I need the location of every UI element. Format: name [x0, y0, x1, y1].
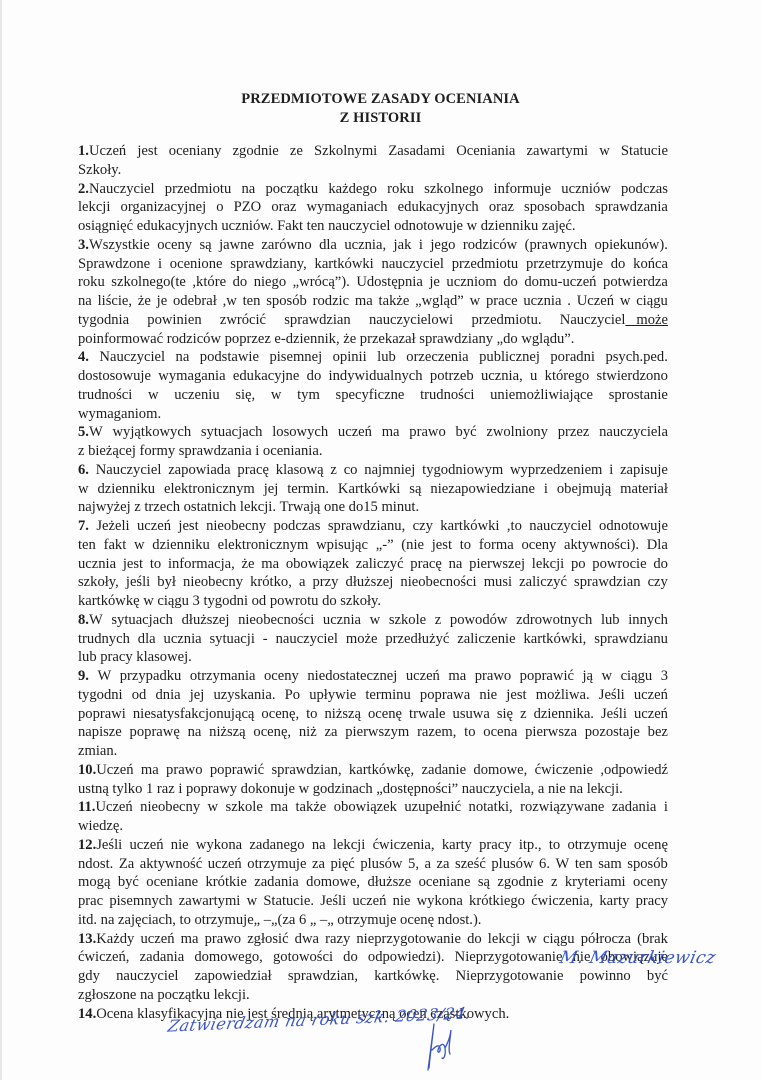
director-signature-icon [420, 1020, 454, 1072]
author-signature: M. Mazurkiewicz [558, 948, 718, 968]
text-line: wymaganiom. [78, 405, 668, 424]
paragraph-number: 10. [78, 762, 96, 778]
text-line: poprawiniesatysfakcjonującąocenę,toniższ… [78, 705, 668, 724]
paragraph-6: 6.Nauczycielzapowiadapracęklasowązconajm… [78, 461, 668, 517]
text-line: 10.Uczeńmaprawopoprawićsprawdzian,kartkó… [78, 761, 668, 780]
paragraph-7: 7.Jeżeliuczeńjestnieobecnypodczassprawdz… [78, 517, 668, 611]
text-line: mogąbyćocenianekrótkiezadaniadomowe,dłuż… [78, 873, 668, 892]
paragraph-2: 2.Nauczycielprzedmiotunapoczątkukażdegor… [78, 180, 668, 236]
text-line: 12.Jeśliuczeńniewykonazadanegonalekcjićw… [78, 836, 668, 855]
text-line: poinformowaćrodzicówpoprzeze-dziennik,że… [78, 330, 668, 349]
paragraph-10: 10.Uczeńmaprawopoprawićsprawdzian,kartkó… [78, 761, 668, 799]
text-line: 5.Wwyjątkowychsytuacjachlosowychuczeńmap… [78, 423, 668, 442]
text-line: najwyżejztrzechostatnichlekcji.Trwająone… [78, 498, 668, 517]
scan-edge [0, 0, 2, 1080]
text-line: napiszepoprawęnaniższąocenę,niżzapierwsz… [78, 723, 668, 742]
paragraph-number: 4. [78, 349, 89, 365]
text-line: trudnościwuczeniusię,wtymspecyficznetrud… [78, 386, 668, 405]
text-line: itd.nazajęciach,tootrzymuje„–„(za6„–„otr… [78, 911, 668, 930]
paragraph-number: 7. [78, 518, 89, 534]
document-body: 1.UczeńjestocenianyzgodniezeSzkolnymiZas… [78, 142, 668, 1023]
text-line: zmian. [78, 742, 668, 761]
text-line: 4.Nauczycielnapodstawiepisemnejopiniilub… [78, 348, 668, 367]
text-line: 8.Wsytuacjachdłuższejnieobecnościuczniaw… [78, 611, 668, 630]
text-line: zbieżącejformysprawdzaniaioceniania. [78, 442, 668, 461]
text-line: Szkoły. [78, 161, 668, 180]
text-line: 9.Wprzypadkuotrzymaniaocenyniedostateczn… [78, 667, 668, 686]
text-line: lubpracyklasowej. [78, 648, 668, 667]
paragraph-11: 11.Uczeńnieobecnywszkolematakżeobowiązek… [78, 798, 668, 836]
text-line: 2.Nauczycielprzedmiotunapoczątkukażdegor… [78, 180, 668, 199]
paragraph-1: 1.UczeńjestocenianyzgodniezeSzkolnymiZas… [78, 142, 668, 180]
text-line: szkoły,jeślibyłnieobecnykrótko,aprzydłuż… [78, 573, 668, 592]
text-line: ndost.Zaaktywnośćuczeńotrzymujezapięćplu… [78, 855, 668, 874]
text-line: 1.UczeńjestocenianyzgodniezeSzkolnymiZas… [78, 142, 668, 161]
text-line: tygodniapowinienzwrócićsprawdziannauczyc… [78, 311, 668, 330]
text-line: tenfaktwdziennikuelektronicznymwpisując„… [78, 536, 668, 555]
paragraph-number: 3. [78, 237, 89, 253]
paragraph-3: 3.Wszystkieocenysąjawnezarównodlaucznia,… [78, 236, 668, 349]
paragraph-8: 8.Wsytuacjachdłuższejnieobecnościuczniaw… [78, 611, 668, 667]
text-line: Sprawdzoneiocenionesprawdziany,kartkówki… [78, 255, 668, 274]
text-line: tygodnioddniajejuzyskania.Poupływietermi… [78, 686, 668, 705]
text-line: gdynauczycielzapowiedziałsprawdzian,kart… [78, 967, 668, 986]
text-line: 6.Nauczycielzapowiadapracęklasowązconajm… [78, 461, 668, 480]
text-line: rokuszkolnego(te,któredoniego„wrócą”).Ud… [78, 273, 668, 292]
paragraph-4: 4.Nauczycielnapodstawiepisemnejopiniilub… [78, 348, 668, 423]
text-line: 11.Uczeńnieobecnywszkolematakżeobowiązek… [78, 798, 668, 817]
text-line: 3.Wszystkieocenysąjawnezarównodlaucznia,… [78, 236, 668, 255]
text-line: wdziennikuelektronicznymjejtermin.Kartkó… [78, 480, 668, 499]
paragraph-number: 14. [78, 1006, 96, 1022]
paragraph-number: 1. [78, 143, 89, 159]
document-page: PRZEDMIOTOWE ZASADY OCENIANIA Z HISTORII… [0, 0, 761, 1080]
paragraph-number: 11. [78, 799, 95, 815]
text-line: pracpisemnychzawartymiwStatucie.Jeśliucz… [78, 892, 668, 911]
text-line: wiedzę. [78, 817, 668, 836]
paragraph-number: 13. [78, 931, 96, 947]
paragraph-number: 8. [78, 612, 89, 628]
text-line: lekcjiorganizacyjnejoPZOorazwymaganiache… [78, 198, 668, 217]
text-line: zgłoszonenapoczątkulekcji. [78, 986, 668, 1005]
paragraph-5: 5.Wwyjątkowychsytuacjachlosowychuczeńmap… [78, 423, 668, 461]
text-line: osiągnięćedukacyjnychuczniów.Fakttennauc… [78, 217, 668, 236]
text-line: trudnychdlauczniasytuacji-nauczycielmoże… [78, 630, 668, 649]
text-line: naliście,żejeodebrał,wtensposóbrodzicmat… [78, 292, 668, 311]
text-line: uczniajesttoinformacja,żemaobowiązekzali… [78, 555, 668, 574]
paragraph-number: 9. [78, 668, 89, 684]
paragraph-number: 12. [78, 837, 96, 853]
text-line: 7.Jeżeliuczeńjestnieobecnypodczassprawdz… [78, 517, 668, 536]
paragraph-number: 2. [78, 181, 89, 197]
paragraph-9: 9.Wprzypadkuotrzymaniaocenyniedostateczn… [78, 667, 668, 761]
document-title-line2: Z HISTORII [0, 110, 761, 127]
text-line: dostosowujewymaganiaedukacyjnedoindywidu… [78, 367, 668, 386]
underlined-word: może [625, 311, 668, 330]
text-line: ustnątylko1razipoprawydokonujewgodzinach… [78, 780, 668, 799]
text-line: 13.Każdyuczeńmaprawozgłosićdwarazynieprz… [78, 930, 668, 949]
text-line: kartkówkęwciągu3tygodniodpowrotudoszkoły… [78, 592, 668, 611]
document-title-line1: PRZEDMIOTOWE ZASADY OCENIANIA [0, 91, 761, 108]
paragraph-12: 12.Jeśliuczeńniewykonazadanegonalekcjićw… [78, 836, 668, 930]
paragraph-number: 5. [78, 424, 89, 440]
paragraph-number: 6. [78, 462, 89, 478]
